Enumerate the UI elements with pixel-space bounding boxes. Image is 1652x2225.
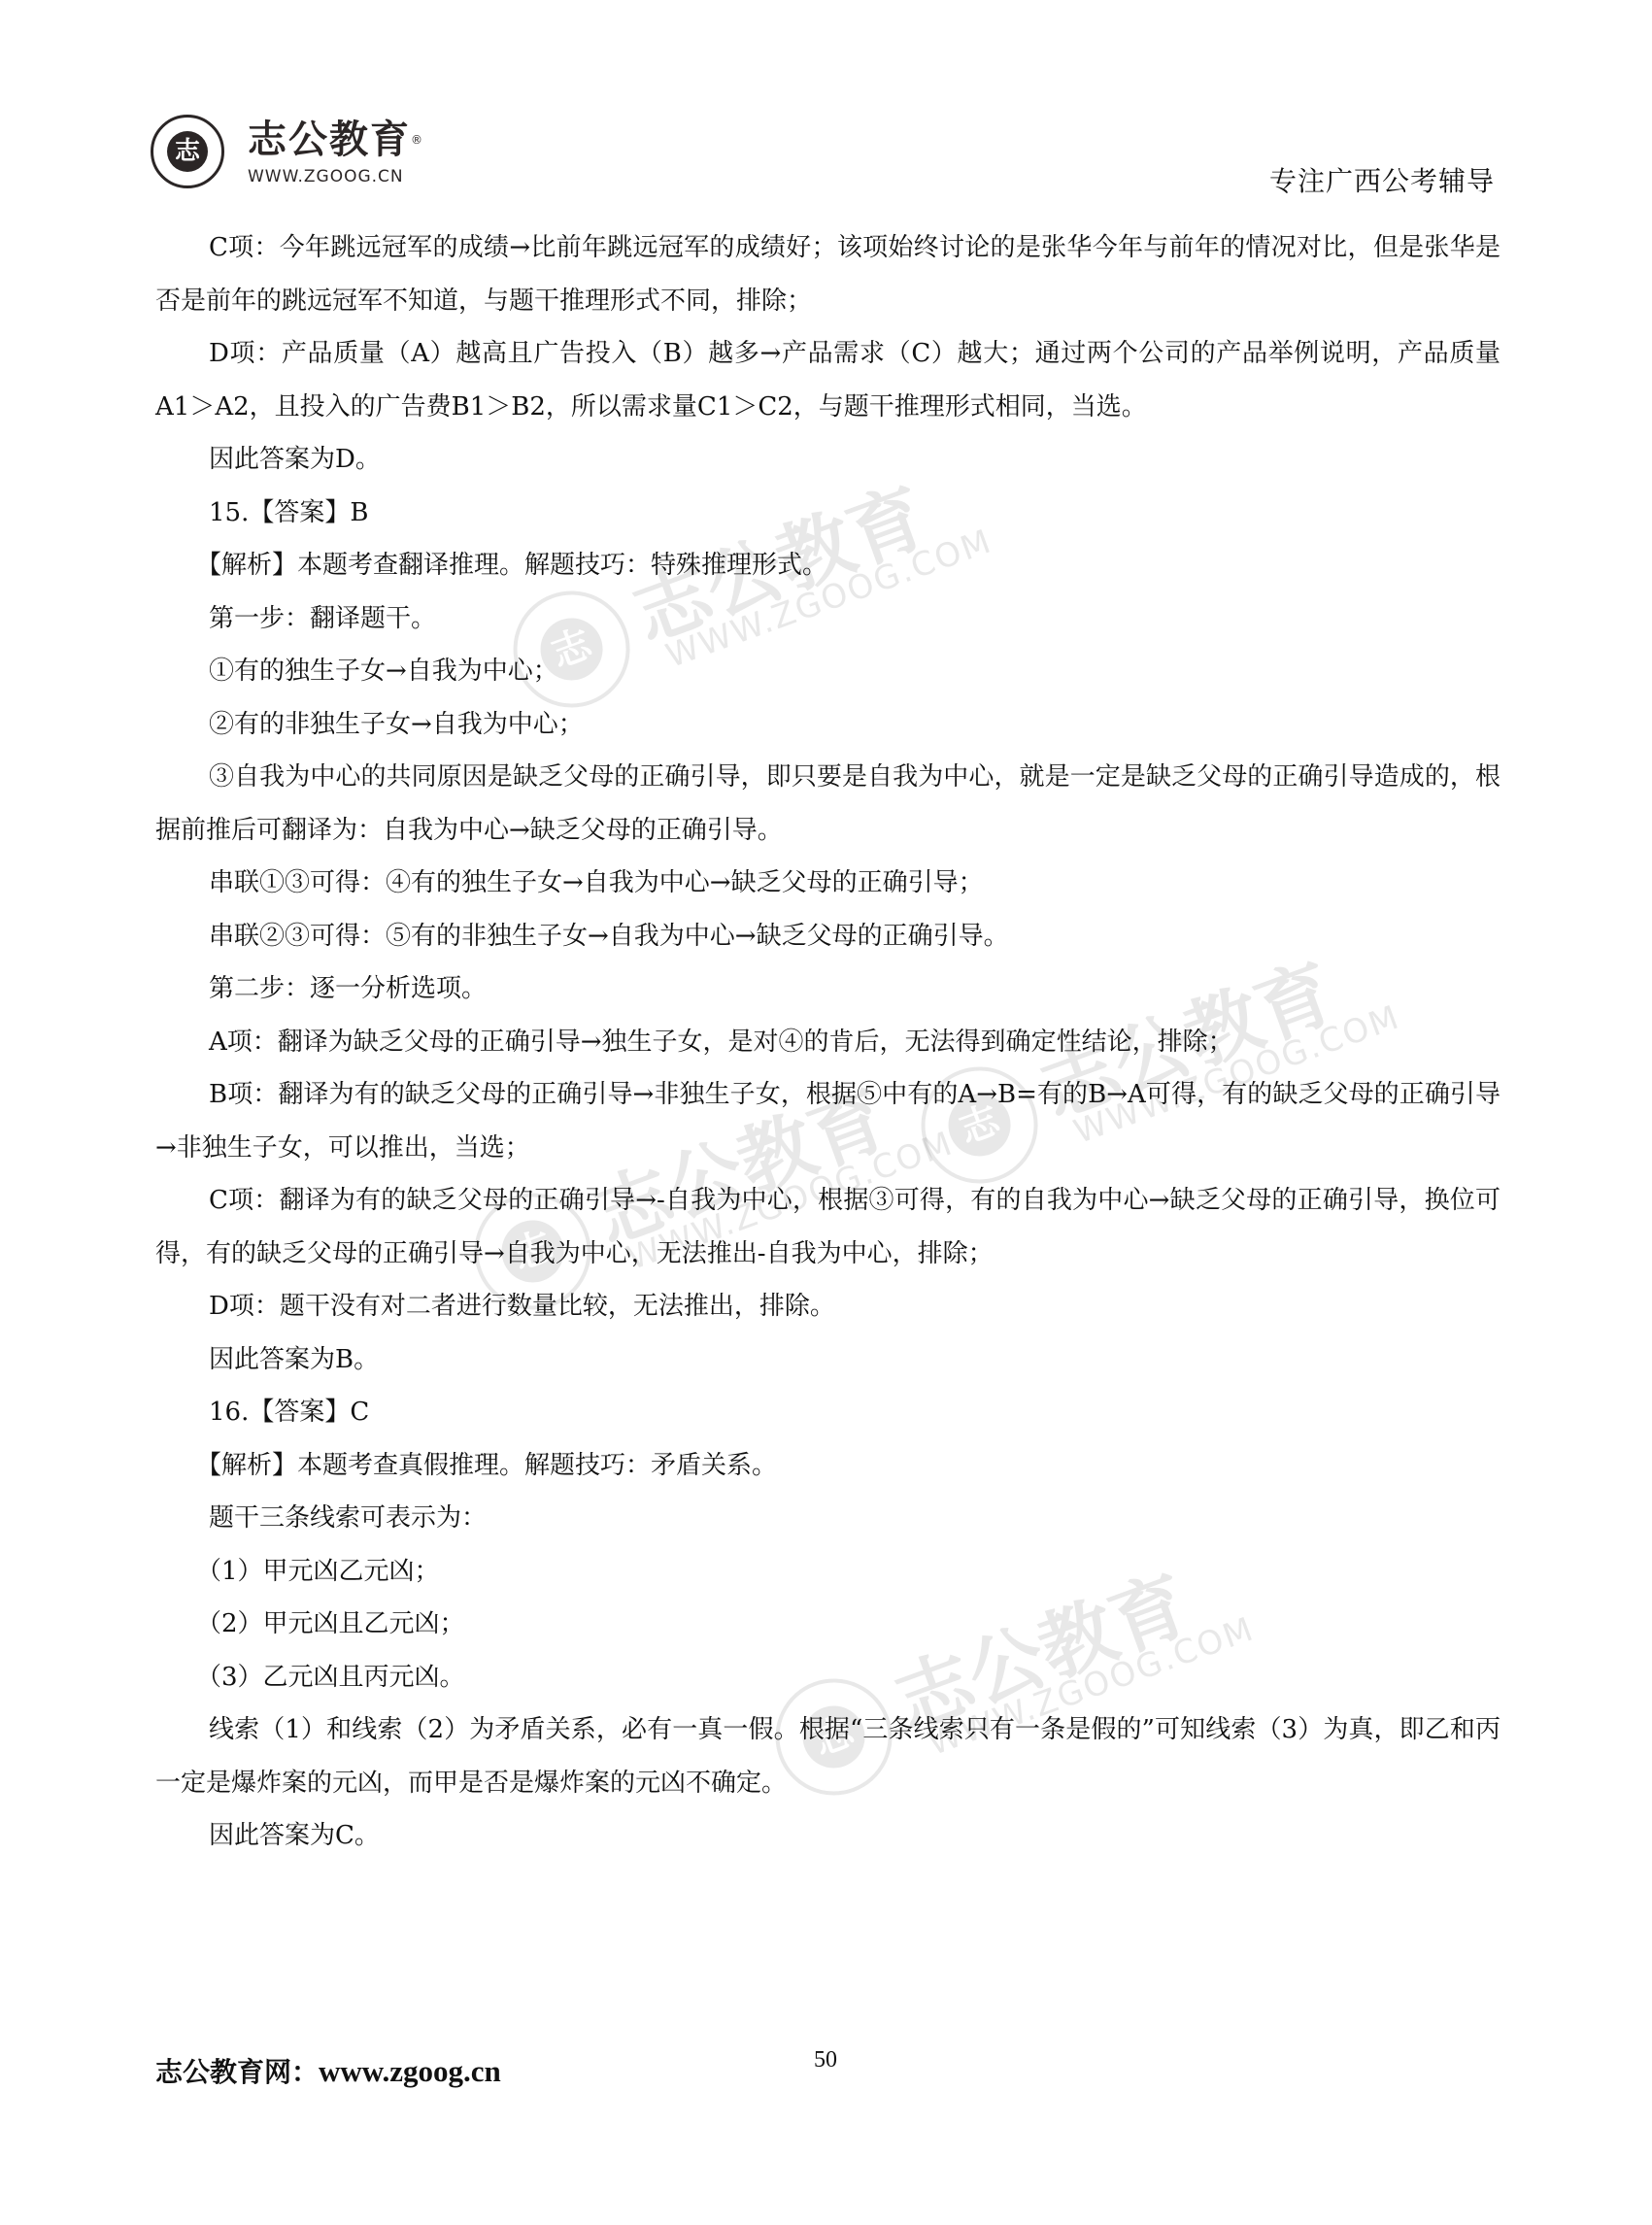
step-two: 第二步：逐一分析选项。 [155, 962, 1500, 1016]
registered-mark: ® [411, 133, 424, 147]
footer-site-link[interactable]: www.zgoog.cn [319, 2054, 501, 2088]
chain-4: 串联①③可得：④有的独生子女→自我为中心→缺乏父母的正确引导； [155, 857, 1500, 910]
clues-intro: 题干三条线索可表示为： [155, 1492, 1500, 1545]
question-15-analysis-heading: 【解析】本题考查翻译推理。解题技巧：特殊推理形式。 [155, 539, 1500, 592]
page-number: 50 [814, 2047, 837, 2073]
step-one: 第一步：翻译题干。 [155, 592, 1500, 646]
option-d-analysis: D项：产品质量（A）越高且广告投入（B）越多→产品需求（C）越大；通过两个公司的… [155, 327, 1500, 433]
clue-3: （3）乙元凶且丙元凶。 [155, 1651, 1500, 1704]
header-slogan: 专注广西公考辅导 [1269, 160, 1495, 199]
answer-conclusion: 因此答案为D。 [155, 433, 1500, 487]
logo-emblem-icon: 志 [151, 115, 224, 188]
document-body: C项：今年跳远冠军的成绩→比前年跳远冠军的成绩好；该项始终讨论的是张华今年与前年… [155, 221, 1500, 1863]
clues-reasoning: 线索（1）和线索（2）为矛盾关系，必有一真一假。根据“三条线索只有一条是假的”可… [155, 1703, 1500, 1809]
footer-site: 志公教育网：www.zgoog.cn [155, 2051, 501, 2090]
footer-site-label: 志公教育网： [155, 2056, 319, 2088]
question-16-answer: 16.【答案】C [155, 1386, 1500, 1439]
answer-conclusion-16: 因此答案为C。 [155, 1809, 1500, 1863]
answer-conclusion-15: 因此答案为B。 [155, 1333, 1500, 1387]
logo-brand-name: 志公教育® [248, 118, 424, 161]
question-16-analysis-heading: 【解析】本题考查真假推理。解题技巧：矛盾关系。 [155, 1439, 1500, 1493]
logo-url: WWW.ZGOOG.CN [248, 167, 404, 186]
brand-logo: 志 志公教育® WWW.ZGOOG.CN [151, 115, 442, 192]
question-15-answer: 15.【答案】B [155, 487, 1500, 540]
option-c-analysis: C项：今年跳远冠军的成绩→比前年跳远冠军的成绩好；该项始终讨论的是张华今年与前年… [155, 221, 1500, 327]
option-d-analysis-15: D项：题干没有对二者进行数量比较，无法推出，排除。 [155, 1280, 1500, 1333]
option-a-analysis: A项：翻译为缺乏父母的正确引导→独生子女，是对④的肯后，无法得到确定性结论，排除… [155, 1016, 1500, 1069]
clue-1: （1）甲元凶乙元凶； [155, 1545, 1500, 1599]
logo-emblem-char: 志 [167, 131, 208, 172]
option-b-analysis: B项：翻译为有的缺乏父母的正确引导→非独生子女，根据⑤中有的A→B=有的B→A可… [155, 1068, 1500, 1174]
premise-3: ③自我为中心的共同原因是缺乏父母的正确引导，即只要是自我为中心，就是一定是缺乏父… [155, 751, 1500, 857]
premise-1: ①有的独生子女→自我为中心； [155, 645, 1500, 698]
premise-2: ②有的非独生子女→自我为中心； [155, 698, 1500, 752]
clue-2: （2）甲元凶且乙元凶； [155, 1598, 1500, 1651]
chain-5: 串联②③可得：⑤有的非独生子女→自我为中心→缺乏父母的正确引导。 [155, 910, 1500, 963]
logo-brand-text: 志公教育 [248, 118, 411, 162]
option-c-analysis-15: C项：翻译为有的缺乏父母的正确引导→-自我为中心，根据③可得，有的自我为中心→缺… [155, 1174, 1500, 1280]
